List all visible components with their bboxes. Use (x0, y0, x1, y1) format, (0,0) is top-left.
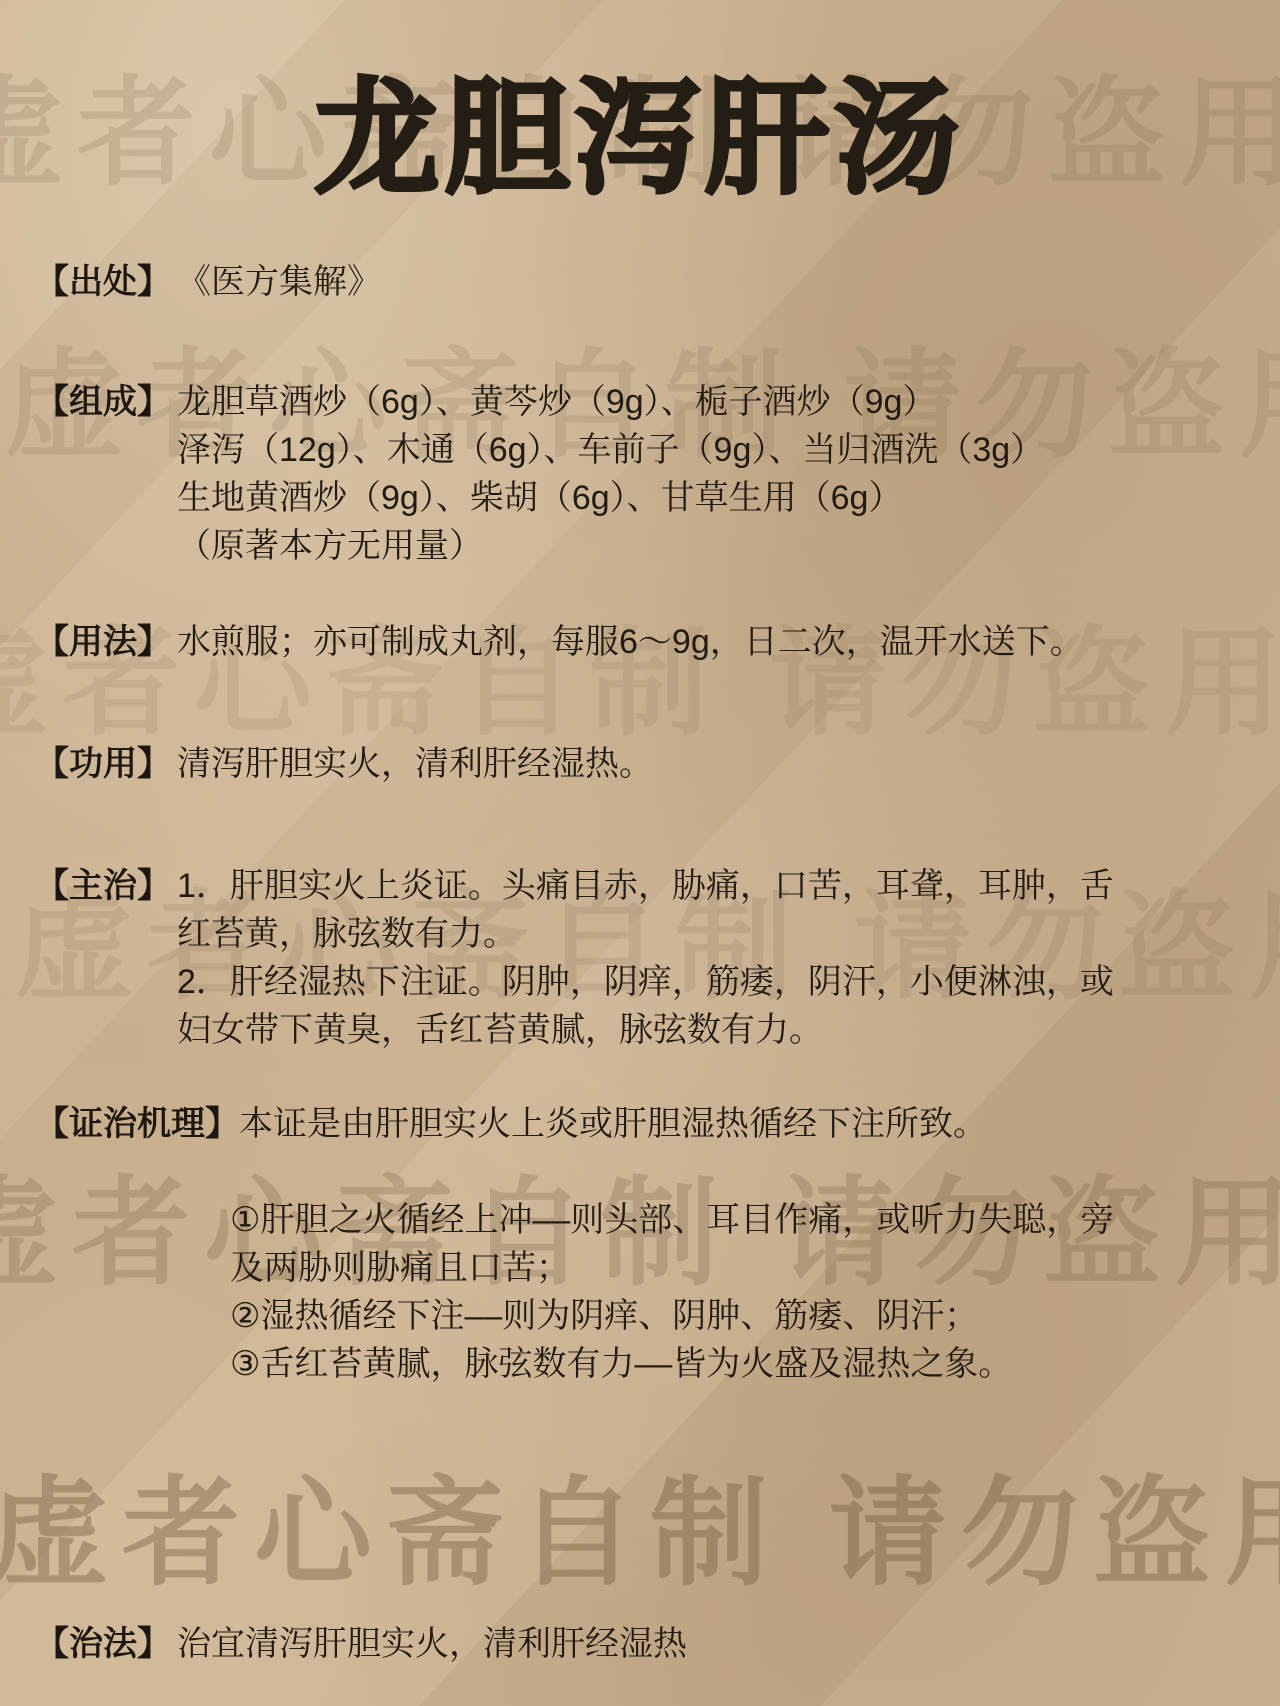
section-composition-label: 【组成】 (35, 378, 177, 426)
text-line: 1．肝胆实火上炎证。头痛目赤，胁痛，口苦，耳聋，耳肿，舌 (177, 862, 1114, 910)
text-line: 龙胆草酒炒（6g）、黄芩炒（9g）、栀子酒炒（9g） (177, 378, 1044, 426)
section-usage-label: 【用法】 (35, 618, 177, 666)
text-line: 治宜清泻肝胆实火，清利肝经湿热 (177, 1620, 687, 1668)
section-function-label: 【功用】 (35, 740, 177, 788)
watermark-row: 虚者心斋自制 请勿盗用 (0, 1438, 1280, 1608)
section-composition-content: 龙胆草酒炒（6g）、黄芩炒（9g）、栀子酒炒（9g）泽泻（12g）、木通（6g）… (177, 378, 1044, 570)
text-line: 及两胁则胁痛且口苦； (230, 1244, 1114, 1292)
section-mechanism-label: 【证治机理】 (35, 1100, 239, 1148)
section-function: 【功用】 清泻肝胆实火，清利肝经湿热。 (35, 740, 653, 788)
text-line: ②湿热循经下注––则为阴痒、阴肿、筋痿、阴汗； (230, 1292, 1114, 1340)
page-title: 龙胆泻肝汤 (0, 74, 1280, 204)
text-line: 2．肝经湿热下注证。阴肿，阴痒，筋痿，阴汗，小便淋浊，或 (177, 958, 1114, 1006)
section-source-label: 【出处】 (35, 258, 177, 306)
mechanism-detail-list: ①肝胆之火循经上冲––则头部、耳目作痛，或听力失聪，旁及两胁则胁痛且口苦；②湿热… (230, 1196, 1114, 1388)
text-line: 《医方集解》 (177, 258, 381, 306)
text-line: ①肝胆之火循经上冲––则头部、耳目作痛，或听力失聪，旁 (230, 1196, 1114, 1244)
text-line: ③舌红苔黄腻，脉弦数有力––皆为火盛及湿热之象。 (230, 1340, 1114, 1388)
text-line: 水煎服；亦可制成丸剂，每服6～9g，日二次，温开水送下。 (177, 618, 1084, 666)
section-usage: 【用法】 水煎服；亦可制成丸剂，每服6～9g，日二次，温开水送下。 (35, 618, 1084, 666)
section-source: 【出处】 《医方集解》 (35, 258, 381, 306)
text-line: 生地黄酒炒（9g）、柴胡（6g）、甘草生用（6g） (177, 474, 1044, 522)
section-function-content: 清泻肝胆实火，清利肝经湿热。 (177, 740, 653, 788)
section-treatment-label: 【治法】 (35, 1620, 177, 1668)
section-indications-label: 【主治】 (35, 862, 177, 910)
section-source-content: 《医方集解》 (177, 258, 381, 306)
section-mechanism: 【证治机理】 本证是由肝胆实火上炎或肝胆湿热循经下注所致。 (35, 1100, 987, 1148)
section-treatment: 【治法】 治宜清泻肝胆实火，清利肝经湿热 (35, 1620, 687, 1668)
section-indications: 【主治】 1．肝胆实火上炎证。头痛目赤，胁痛，口苦，耳聋，耳肿，舌红苔黄，脉弦数… (35, 862, 1114, 1054)
section-usage-content: 水煎服；亦可制成丸剂，每服6～9g，日二次，温开水送下。 (177, 618, 1084, 666)
watermark-row: 虚者心斋自制 请勿盗用 (0, 588, 1280, 758)
section-treatment-content: 治宜清泻肝胆实火，清利肝经湿热 (177, 1620, 687, 1668)
text-line: 泽泻（12g）、木通（6g）、车前子（9g）、当归酒洗（3g） (177, 426, 1044, 474)
text-line: 清泻肝胆实火，清利肝经湿热。 (177, 740, 653, 788)
section-mechanism-content: 本证是由肝胆实火上炎或肝胆湿热循经下注所致。 (239, 1100, 987, 1148)
section-indications-content: 1．肝胆实火上炎证。头痛目赤，胁痛，口苦，耳聋，耳肿，舌红苔黄，脉弦数有力。2．… (177, 862, 1114, 1054)
text-line: 红苔黄，脉弦数有力。 (177, 910, 1114, 958)
text-line: （原著本方无用量） (177, 522, 1044, 570)
section-composition: 【组成】 龙胆草酒炒（6g）、黄芩炒（9g）、栀子酒炒（9g）泽泻（12g）、木… (35, 378, 1044, 570)
text-line: 妇女带下黄臭，舌红苔黄腻，脉弦数有力。 (177, 1006, 1114, 1054)
text-line: 本证是由肝胆实火上炎或肝胆湿热循经下注所致。 (239, 1100, 987, 1148)
